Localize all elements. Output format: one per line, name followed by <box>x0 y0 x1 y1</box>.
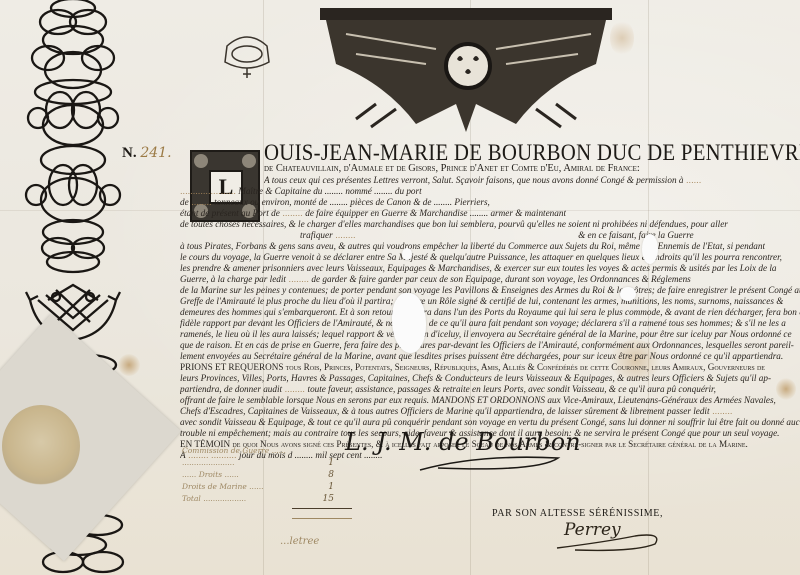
body-line: de ........ tonneaux ou environ, monté d… <box>180 197 490 208</box>
body-line: A tous ceux qui ces présentes Lettres ve… <box>264 175 701 186</box>
body-line: étant de présent au Port de ........ de … <box>180 208 566 219</box>
document-number: N. 241. <box>122 145 172 162</box>
signature-flourish <box>418 448 568 476</box>
body-line: le cours du voyage, la Guerre venoit à s… <box>180 252 782 263</box>
body-line: ramenés, le lieu où il les aura laissés;… <box>180 329 792 340</box>
flower-ornament-icon <box>242 154 256 168</box>
fee-total-rule <box>292 508 352 509</box>
body-line: de toutes choses nécessaires, & le charg… <box>180 219 728 230</box>
body-line: lement envoyées au Secrétaire général de… <box>180 351 783 362</box>
fees-signature: ...letree <box>280 536 319 547</box>
body-line: avec sondit Vaisseau & Equipage, & tout … <box>180 417 800 428</box>
royal-arms-vignette <box>316 4 622 132</box>
paper-hole <box>642 234 658 264</box>
body-line: trafiquer ........ & en ce faisant, fair… <box>300 230 694 241</box>
body-line: que de raison. Et en cas de prise en Gue… <box>180 340 794 351</box>
fees-table: Commission de Guerre ...... ............… <box>182 446 342 506</box>
body-line: fidèle rapport par devant les Officiers … <box>180 318 786 329</box>
paper-hole <box>392 293 426 353</box>
secretary-flourish <box>555 528 665 554</box>
body-line: Guerre, à la charge par ledit ........ d… <box>180 274 691 285</box>
body-line: Chefs d'Escadres, Capitaines de Vaisseau… <box>180 406 732 417</box>
countersign-label: PAR SON ALTESSE SÉRÉNISSIME, <box>492 508 663 519</box>
flower-ornament-icon <box>194 154 208 168</box>
body-line: Greffe de l'Amirauté le plus proche du l… <box>180 296 783 307</box>
paper-hole <box>402 248 412 260</box>
body-line: demeures des hommes qui s'embarqueront. … <box>180 307 800 318</box>
document-subtitle: de Chateauvillain, d'Aumale et de Gisors… <box>264 163 640 174</box>
fee-row: ......................1 <box>182 458 342 470</box>
fee-total-rule <box>292 518 352 519</box>
body-line: à tous Pirates, Forbans & gens sans aveu… <box>180 241 765 252</box>
wax-seal <box>2 405 80 487</box>
fee-row: Commission de Guerre ...... <box>182 446 342 458</box>
body-line: ...................... Maître & Capitain… <box>180 186 422 197</box>
body-line: de la Marine sur les peines y contenues;… <box>180 285 800 296</box>
body-line: les prendre & amener prisonniers avec le… <box>180 263 777 274</box>
fee-row: Droits de Marine ......1 <box>182 482 342 494</box>
fee-row: Total ..................15 <box>182 494 342 506</box>
document-number-value: 241. <box>140 145 171 161</box>
stain <box>776 378 796 400</box>
body-line: PRIONS ET REQUERONS tous Rois, Princes, … <box>180 362 765 373</box>
body-line: partiendra, de donner audit ........ tou… <box>180 384 716 395</box>
body-line: leurs Provinces, Villes, Ports, Havres &… <box>180 373 771 384</box>
paper-hole <box>620 287 636 301</box>
body-line: offrant de faire le semblable lorsque No… <box>180 395 776 406</box>
tax-stamp <box>217 24 277 82</box>
fee-row: ...... Droits ......8 <box>182 470 342 482</box>
